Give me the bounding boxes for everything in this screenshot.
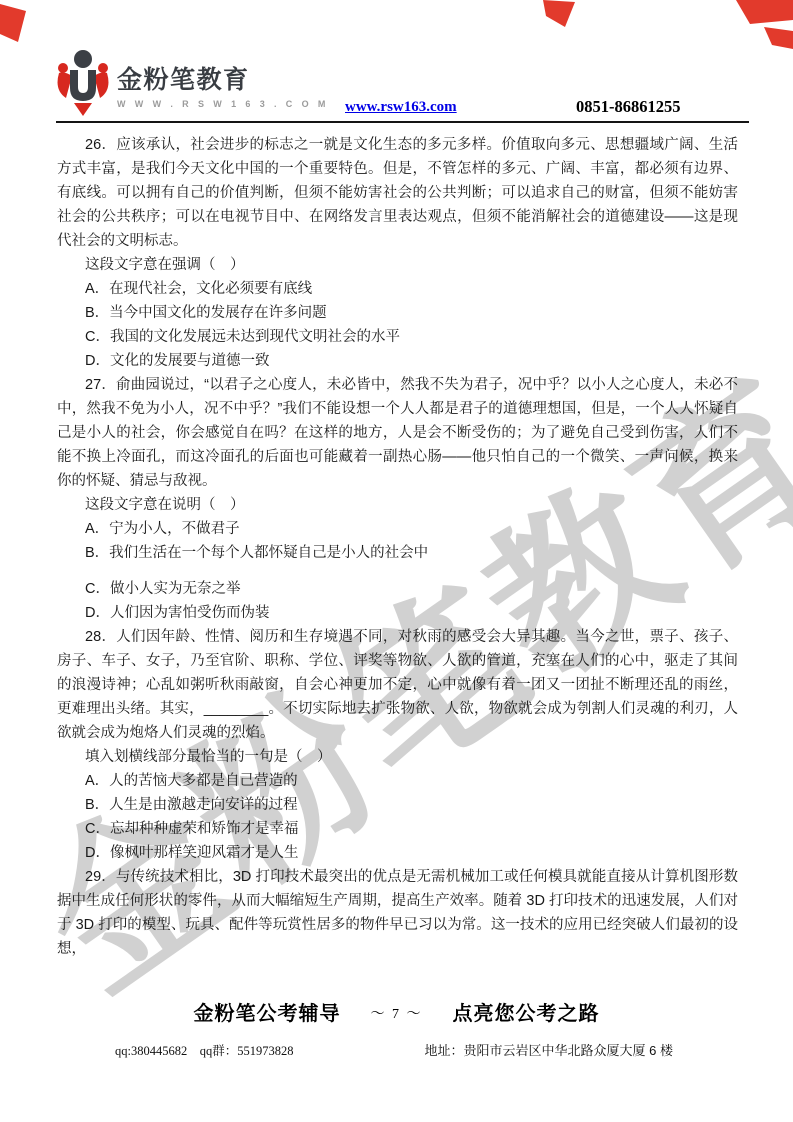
footer-qq-info: qq:380445682 qq群：551973828 xyxy=(115,1041,293,1059)
question-26-option-a: A．在现代社会，文化必须要有底线 xyxy=(57,277,738,301)
question-28-option-b: B．人生是由激越走向安详的过程 xyxy=(57,793,738,817)
question-28-option-c: C．忘却种种虚荣和矫饰才是幸福 xyxy=(57,817,738,841)
stamp-fragment-top-left xyxy=(0,4,26,42)
page-number: ～ 7 ～ xyxy=(371,1007,423,1022)
document-page: 金粉笔教育 金粉笔教育 W W W . R S W 1 6 3 . C O M … xyxy=(0,0,793,1122)
question-27-option-c: C．做小人实为无奈之举 xyxy=(57,577,738,601)
question-28-prompt: 填入划横线部分最恰当的一句是（ ） xyxy=(57,745,738,769)
question-28-stem: 28．人们因年龄、性情、阅历和生存境遇不同，对秋雨的感受会大异其趣。当今之世，票… xyxy=(57,625,738,745)
question-26-option-d: D．文化的发展要与道德一致 xyxy=(57,349,738,373)
question-26-option-b: B．当今中国文化的发展存在许多问题 xyxy=(57,301,738,325)
header-divider xyxy=(56,121,749,123)
footer-meta: qq:380445682 qq群：551973828 地址：贵阳市云岩区中华北路… xyxy=(115,1040,673,1059)
question-27-option-d: D．人们因为害怕受伤而伪装 xyxy=(57,601,738,625)
question-content: 26．应该承认，社会进步的标志之一就是文化生态的多元多样。价值取向多元、思想疆域… xyxy=(57,133,738,961)
question-26-prompt: 这段文字意在强调（ ） xyxy=(57,253,738,277)
footer-address: 地址：贵阳市云岩区中华北路众厦大厦 6 楼 xyxy=(425,1040,673,1059)
question-27-prompt: 这段文字意在说明（ ） xyxy=(57,493,738,517)
phone-number: 0851-86861255 xyxy=(576,97,681,117)
stamp-fragment-top-right xyxy=(736,0,793,24)
footer-slogan: 点亮您公考之路 xyxy=(453,1003,600,1025)
question-28-option-a: A．人的苦恼大多都是自己营造的 xyxy=(57,769,738,793)
question-27-stem: 27．俞曲园说过，“以君子之心度人，未必皆中，然我不失为君子，况中乎？以小人之心… xyxy=(57,373,738,493)
question-26-option-c: C．我国的文化发展远未达到现代文明社会的水平 xyxy=(57,325,738,349)
question-29-stem: 29．与传统技术相比，3D 打印技术最突出的优点是无需机械加工或任何模具就能直接… xyxy=(57,865,738,961)
brand-logo-text: 金粉笔教育 W W W . R S W 1 6 3 . C O M xyxy=(117,46,329,109)
footer-title: 金粉笔公考辅导～ 7 ～点亮您公考之路 xyxy=(0,997,793,1026)
brand-logo: 金粉笔教育 W W W . R S W 1 6 3 . C O M xyxy=(55,46,329,116)
footer-brand-left: 金粉笔公考辅导 xyxy=(194,1003,341,1025)
question-27-option-b: B．我们生活在一个每个人都怀疑自己是小人的社会中 xyxy=(57,541,738,565)
website-link[interactable]: www.rsw163.com xyxy=(345,99,457,116)
question-26-stem: 26．应该承认，社会进步的标志之一就是文化生态的多元多样。价值取向多元、思想疆域… xyxy=(57,133,738,253)
question-27-option-a: A．宁为小人，不做君子 xyxy=(57,517,738,541)
brand-logo-icon xyxy=(55,46,111,116)
stamp-fragment-top-middle xyxy=(543,0,575,27)
brand-name: 金粉笔教育 xyxy=(117,60,329,96)
stamp-fragment-right-small xyxy=(764,27,793,49)
question-28-option-d: D．像枫叶那样笑迎风霜才是人生 xyxy=(57,841,738,865)
brand-url-caps: W W W . R S W 1 6 3 . C O M xyxy=(117,99,329,109)
